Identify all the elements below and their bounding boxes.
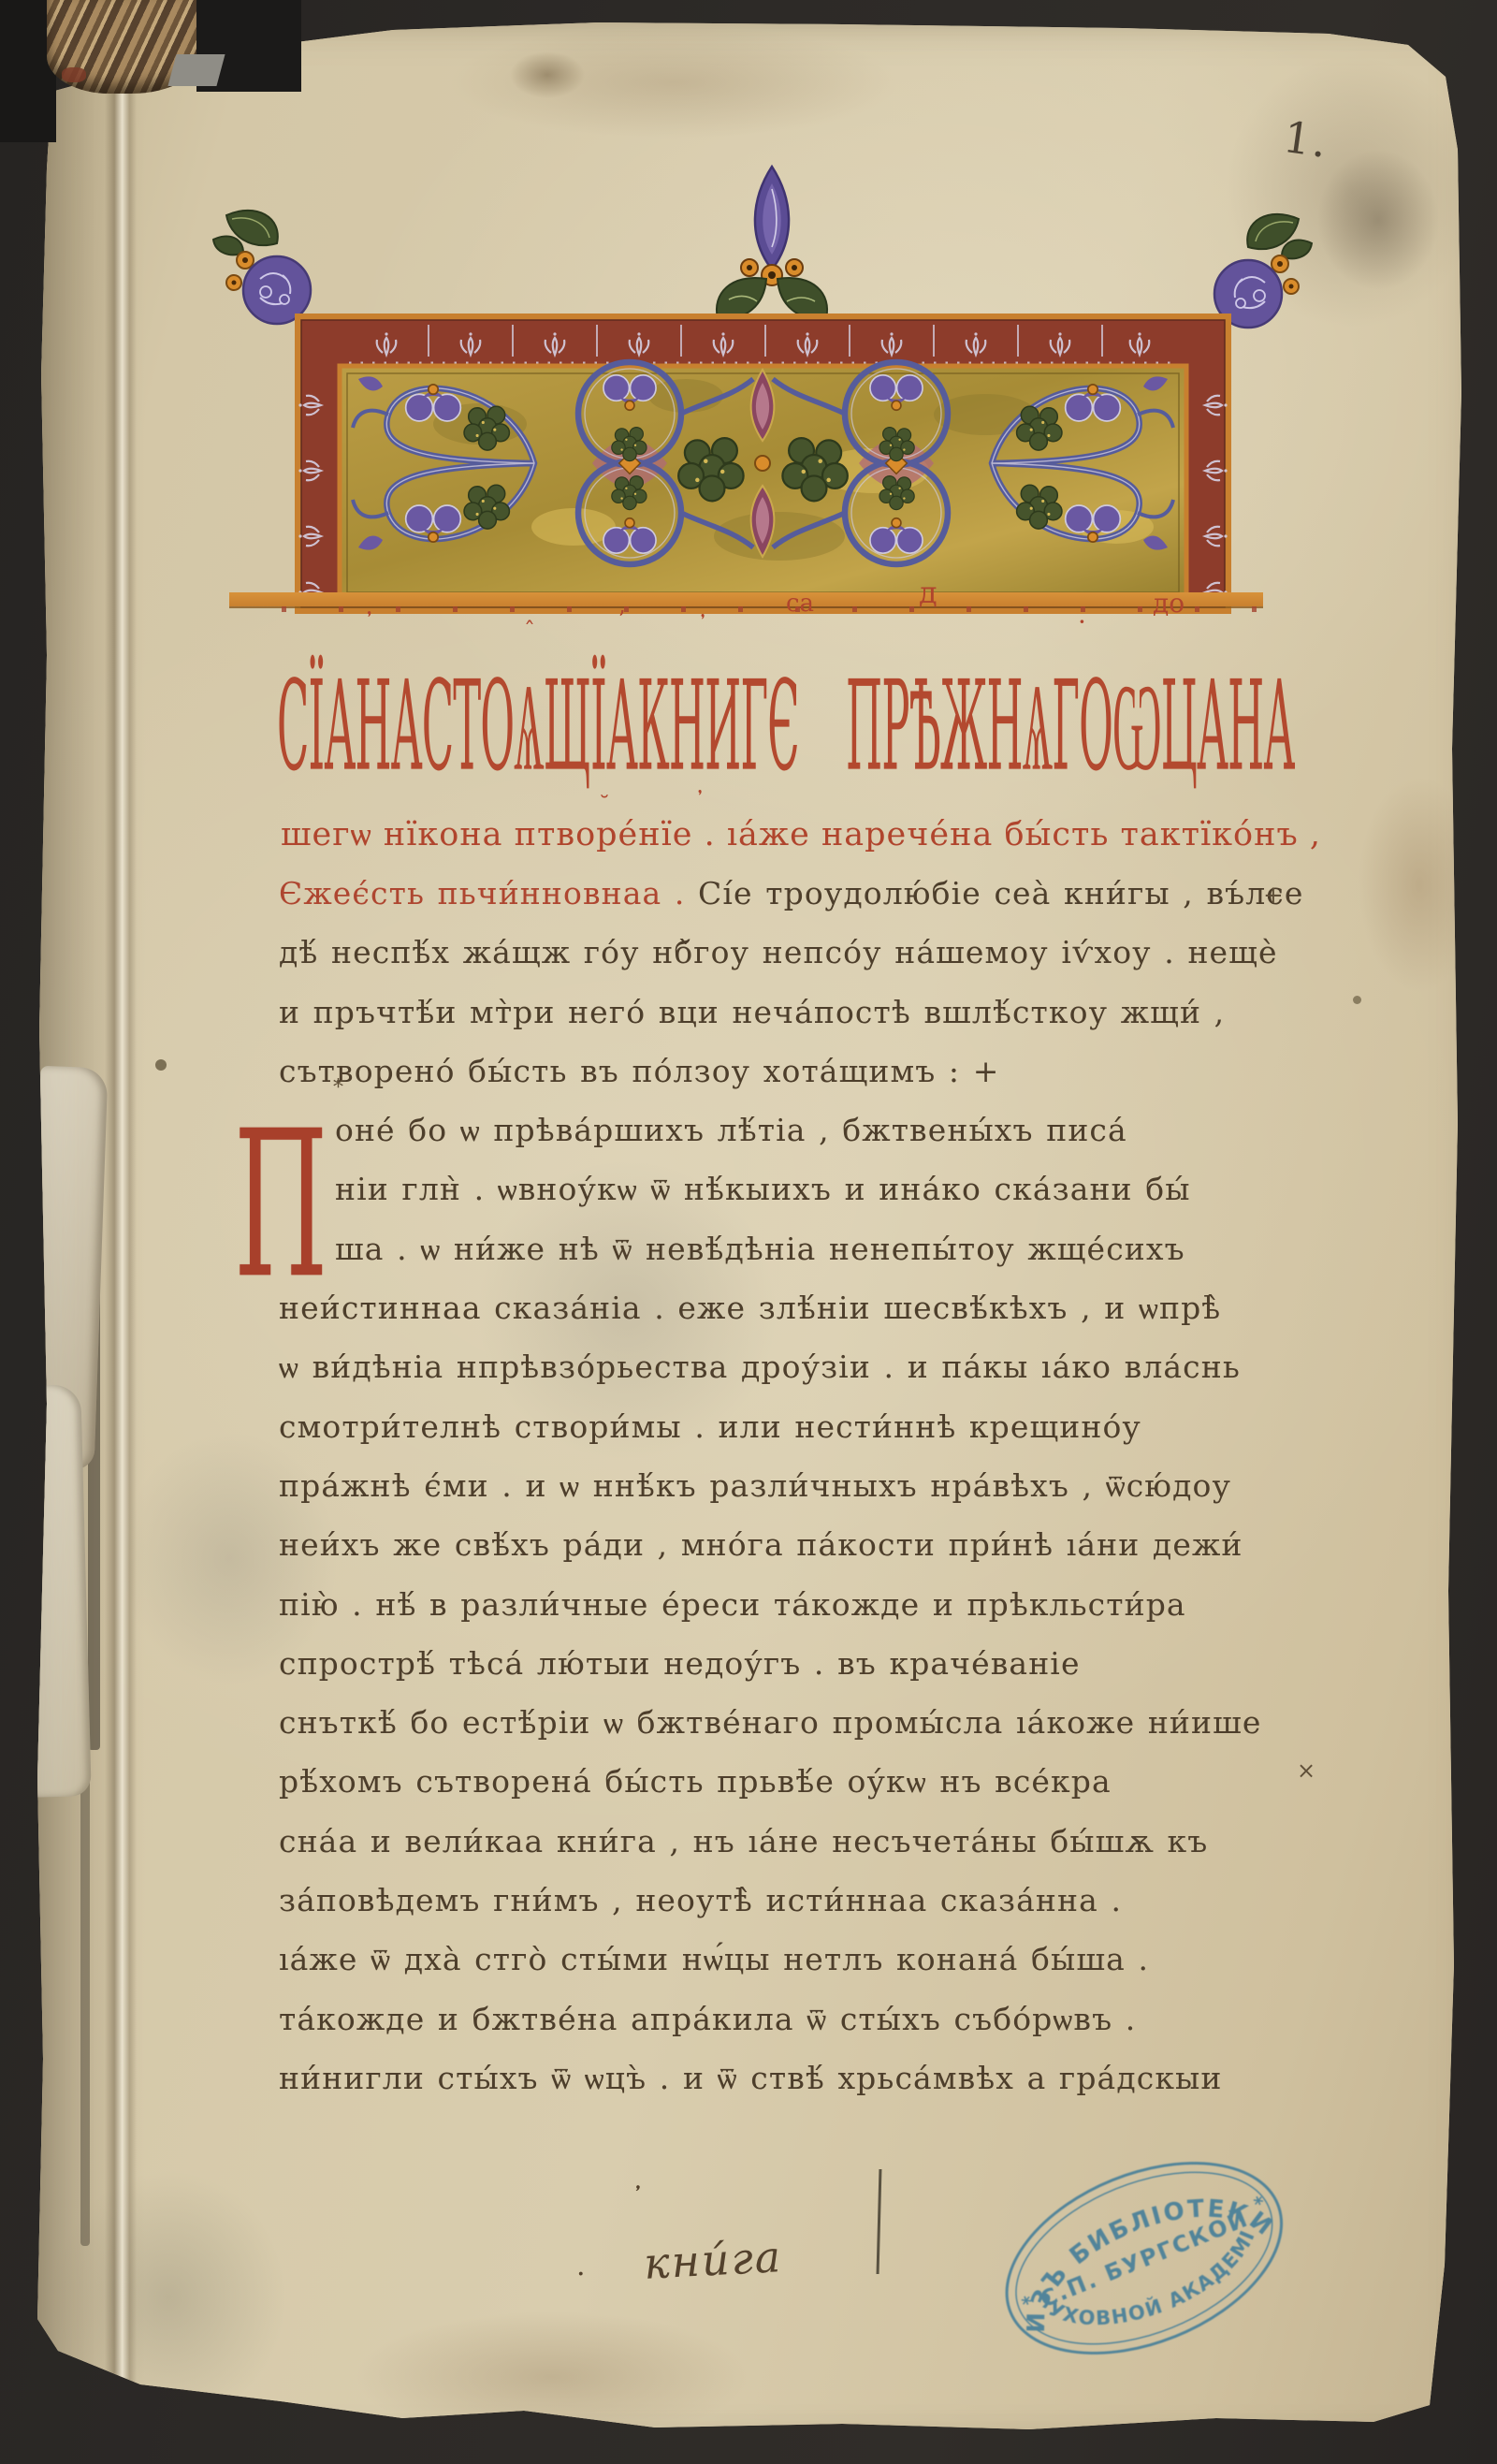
text-line: смотри́телнѣ створи́мы . или нести́ннѣ к… [279, 1397, 1294, 1456]
red-superscript: ˆ [524, 618, 535, 644]
red-superscript: до [1153, 588, 1185, 619]
illuminated-headpiece [293, 312, 1233, 616]
text-line: ни́нигли сты́хъ ѿ ѡцъ̀ . и ѿ ствѣ́ хрьса… [279, 2048, 1294, 2107]
vyaz-title: СЇАНАСТОѦЩЇАКНИГЄ ПРѢЖНѦГОѠЦАНА [277, 657, 1241, 788]
text-line: снъткѣ́ бо естѣ́ріи ѡ бжтве́наго промы́с… [279, 1693, 1294, 1752]
catchword: кни́га [643, 2231, 784, 2289]
text-line-red-part: Єжеє́сть пьчи́нновнаа . [279, 875, 685, 911]
folio-number: 1. [1280, 111, 1331, 168]
text-line: неи́стиннаа сказа́ніа . еже злѣ́ніи шесв… [279, 1278, 1294, 1337]
text-line: оне́ бо ѡ прѣва́ршихъ лѣ́тіа , бжтвены́х… [279, 1101, 1294, 1159]
text-line: ıа́же ѿ дха̀ стго̀ сты́ми нѡ́цы нетлъ ко… [279, 1930, 1294, 1989]
stamp-star-right: * [1251, 2191, 1269, 2215]
vyaz-title-text: СЇАНАСТОѦЩЇАКНИГЄ ПРѢЖНѦГОѠЦАНА [277, 657, 1294, 800]
text-line: ша . ѡ ни́же нѣ ѿ невѣ́дѣніа ненепы́тоу … [279, 1219, 1294, 1278]
paper-fragment [167, 54, 225, 86]
text-line: за́повѣдемъ гни́мъ , неоутѣ̀ исти́ннаа с… [279, 1871, 1294, 1930]
text-line: ѡ ви́дѣніа нпрѣвзо́рьества дроу́зіи . и … [279, 1337, 1294, 1396]
manuscript-page: 1. [0, 0, 1497, 2464]
text-line: дѣ́ неспѣ́х жа́щж го́у нб̀гоу непсо́у на… [279, 923, 1294, 982]
text-line-black-part: Сі́е троудолю́біе сеа̀ кни́гы , въ́лсе [685, 875, 1303, 911]
red-superscript: ʼ [618, 606, 625, 633]
red-superscript: ᾿ [363, 610, 375, 638]
margin-x-mark: × [1297, 1757, 1315, 1784]
text-line: та́кожде и бжтве́на апра́кила ѿ сты́хъ с… [279, 1990, 1294, 2048]
text-line: сътворено́ бы́сть въ по́лзоу хота́щимъ :… [279, 1042, 1294, 1101]
sprout-ornament-center [697, 161, 847, 325]
headpiece-base-ticks [229, 606, 1263, 612]
title-line2: шегѡ нїкона птворе́нїе . ıа́же нарече́на… [281, 816, 1321, 853]
text-line: пію̀ . нѣ́ в разли́чные е́реси та́кожде … [279, 1575, 1294, 1634]
text-line: ніи глн̀ . ѡвноу́кѡ ѿ нѣ́кыихъ и ина́ко … [279, 1159, 1294, 1218]
red-superscript: ᾿ [697, 612, 708, 638]
text-line: и пръчтѣ́и мт̀ри него́ вци неча́постѣ вш… [279, 983, 1294, 1042]
margin-asterisk-mark: * [333, 1076, 343, 1100]
headpiece-base-band [229, 592, 1263, 606]
text-line: сна́а и вели́каа кни́га , нъ ıа́не несъч… [279, 1812, 1294, 1871]
red-superscript: · [1078, 606, 1086, 637]
text-line: неи́хъ же свѣ́хъ ра́ди , мно́га па́кости… [279, 1515, 1294, 1574]
text-line: спрострѣ́ тѣса́ лю́тыи недоу́гъ . въ кра… [279, 1634, 1294, 1693]
text-line: пра́жнѣ є́ми . и ѡ ннѣ́къ разли́чныхъ нр… [279, 1456, 1294, 1515]
margin-cross-mark: + [1263, 882, 1284, 910]
margin-dot: . [576, 2250, 586, 2282]
red-superscript: са [786, 590, 814, 618]
text-block: Єжеє́сть пьчи́нновнаа . Сі́е троудолю́бі… [279, 864, 1294, 2107]
red-superscript: д [919, 575, 937, 610]
text-line: рѣ́хомъ сътворена́ бы́сть прьвѣ́е оу́кѡ … [279, 1752, 1294, 1811]
leather-fragment [62, 67, 86, 82]
text-line: Єжеє́сть пьчи́нновнаа . Сі́е троудолю́бі… [279, 864, 1294, 923]
